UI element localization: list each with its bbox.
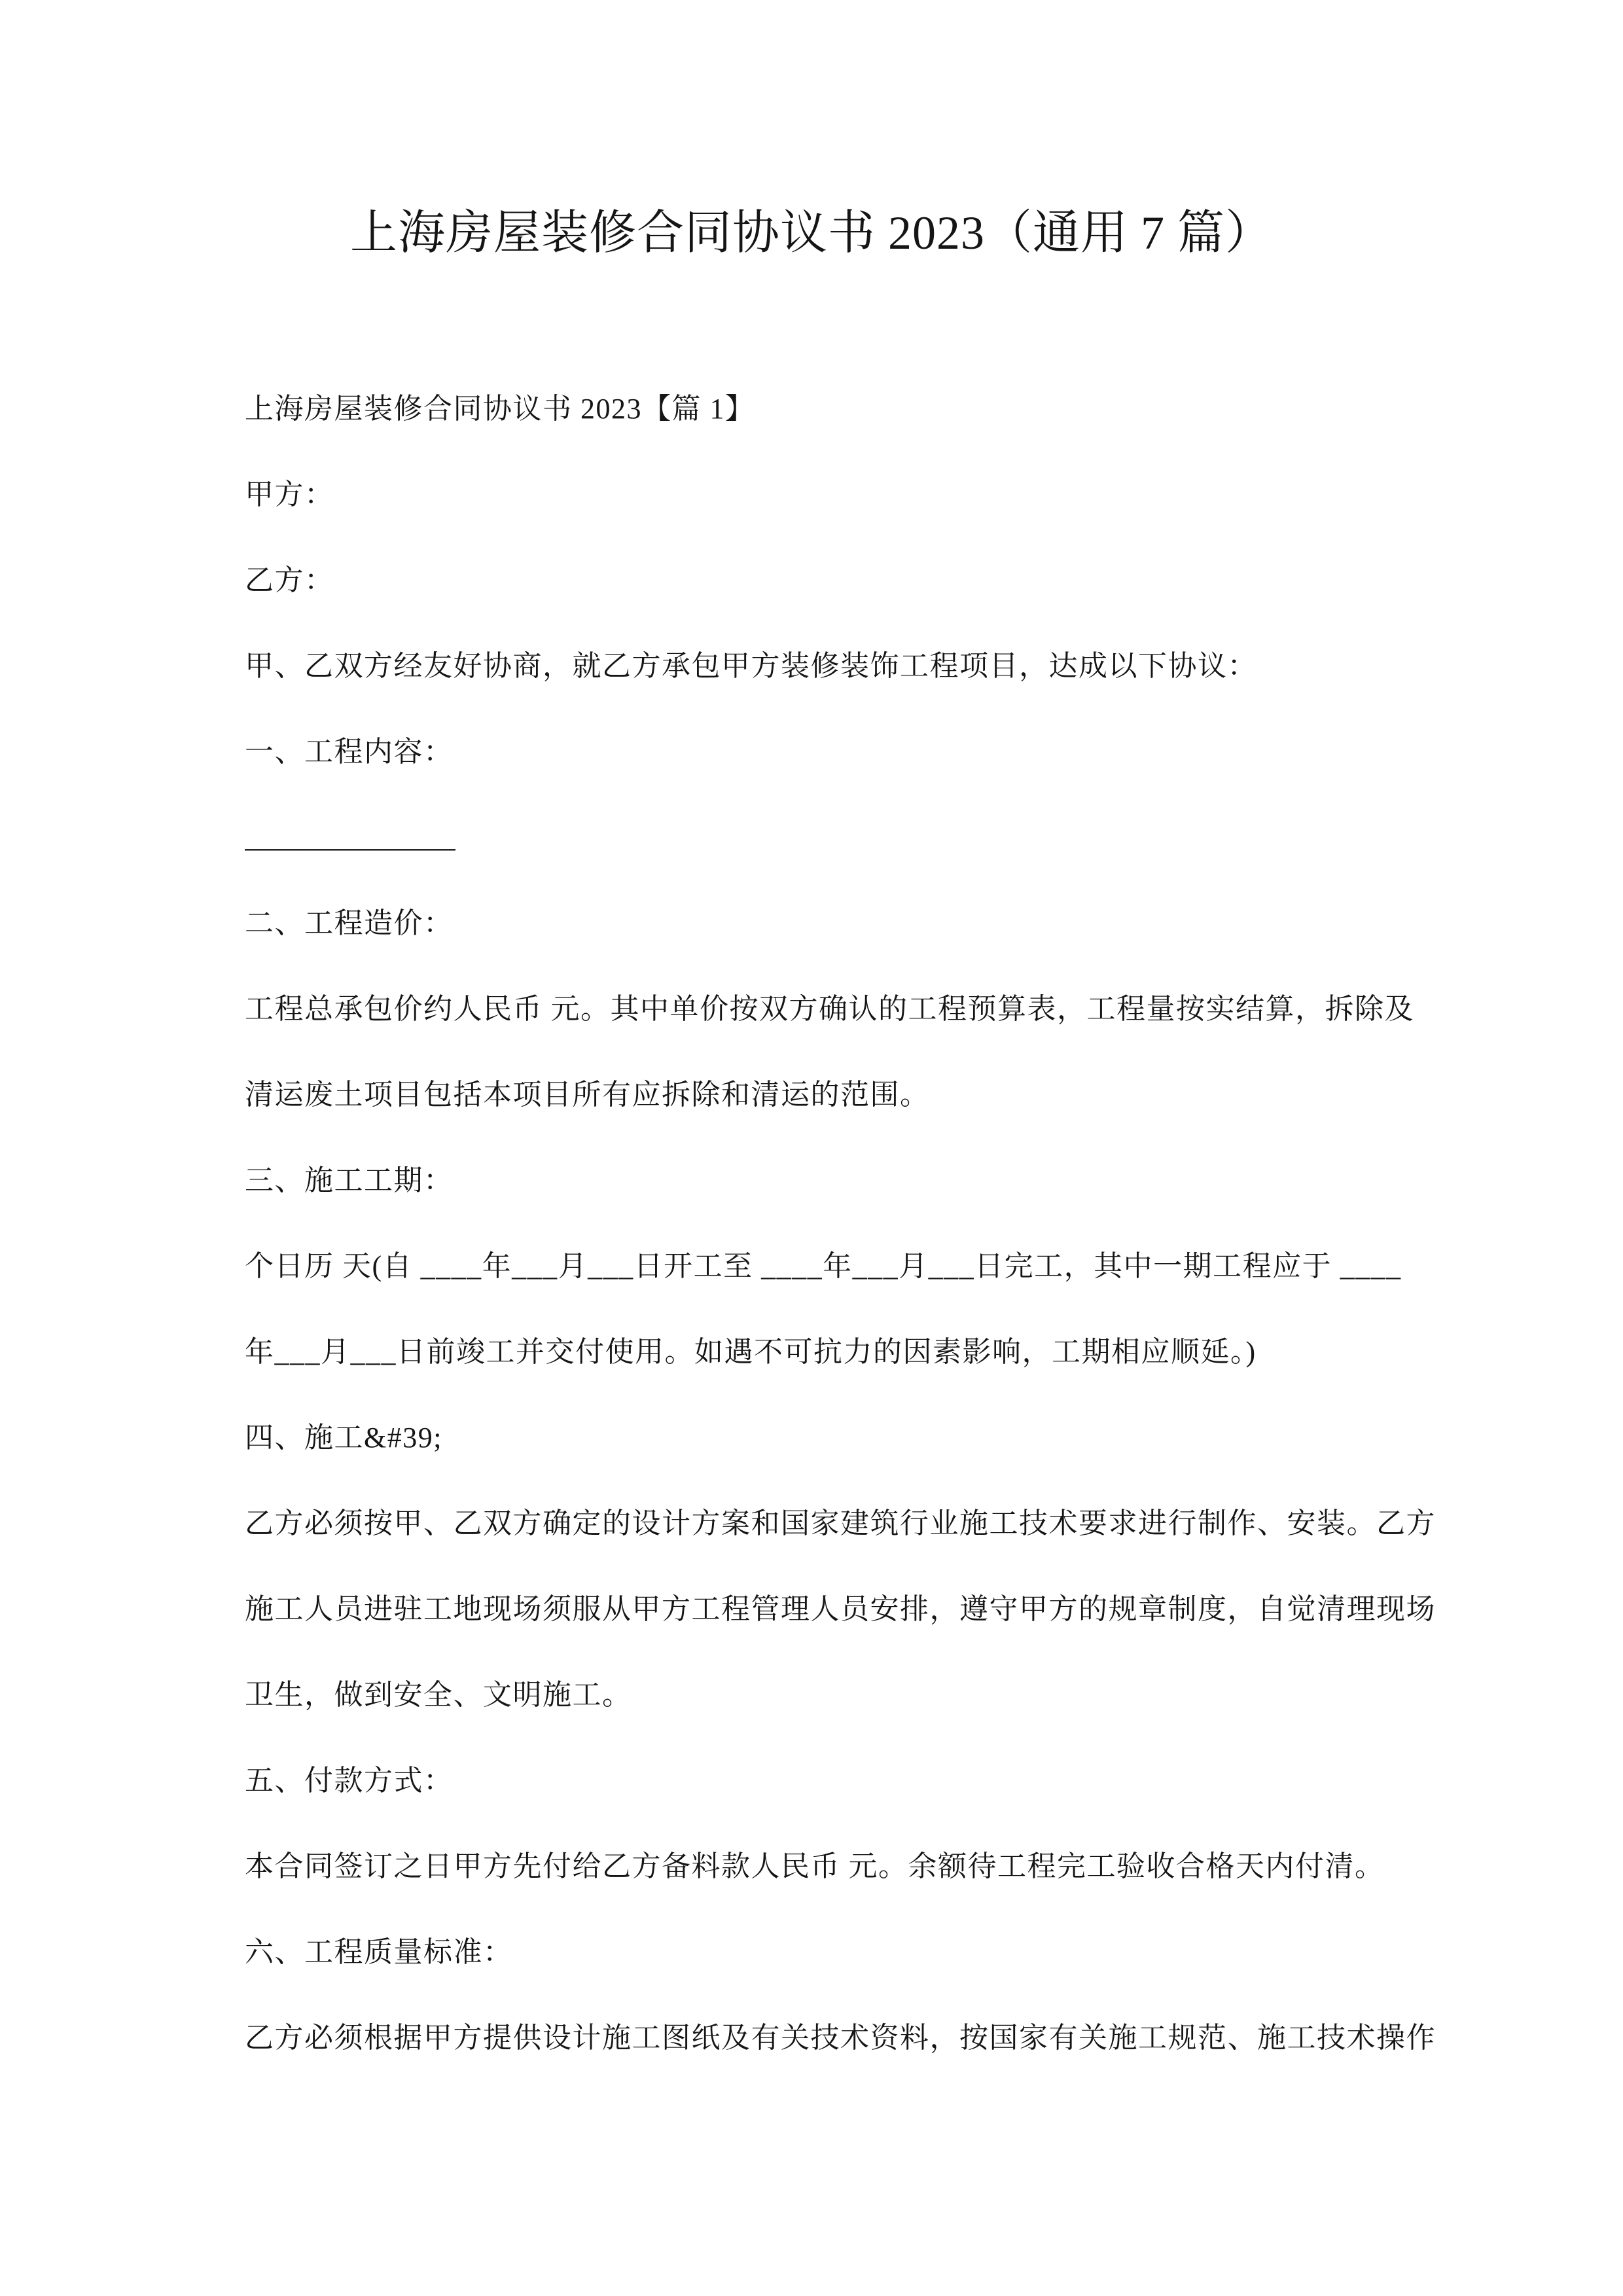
- section-3-line-2: 年___月___日前竣工并交付使用。如遇不可抗力的因素影响，工期相应顺延。): [245, 1309, 1387, 1395]
- party-a-line: 甲方：: [245, 452, 1387, 537]
- section-3-line-1: 个日历 天(自 ____年___月___日开工至 ____年___月___日完工…: [245, 1223, 1387, 1309]
- document-body: 上海房屋装修合同协议书 2023【篇 1】 甲方： 乙方： 甲、乙双方经友好协商…: [245, 366, 1387, 2081]
- section-4-heading: 四、施工&#39;: [245, 1395, 1387, 1480]
- section-4-line-1: 乙方必须按甲、乙双方确定的设计方案和国家建筑行业施工技术要求进行制作、安装。乙方: [245, 1480, 1387, 1566]
- fill-in-blank-line: ________________: [245, 795, 455, 880]
- section-6-line: 乙方必须根据甲方提供设计施工图纸及有关技术资料，按国家有关施工规范、施工技术操作: [245, 1995, 1387, 2081]
- party-b-line: 乙方：: [245, 537, 1387, 623]
- section-4-line-3: 卫生，做到安全、文明施工。: [245, 1652, 1387, 1738]
- section-5-line: 本合同签订之日甲方先付给乙方备料款人民币 元。余额待工程完工验收合格天内付清。: [245, 1823, 1387, 1909]
- fill-in-blank-row: ________________: [245, 795, 1387, 880]
- section-5-heading: 五、付款方式：: [245, 1738, 1387, 1823]
- document-title: 上海房屋装修合同协议书 2023（通用 7 篇）: [0, 196, 1623, 270]
- section-2-line-1: 工程总承包价约人民币 元。其中单价按双方确认的工程预算表，工程量按实结算，拆除及: [245, 966, 1387, 1052]
- contract-document-page: 上海房屋装修合同协议书 2023（通用 7 篇） 上海房屋装修合同协议书 202…: [0, 0, 1623, 2296]
- piece-1-heading: 上海房屋装修合同协议书 2023【篇 1】: [245, 366, 1387, 452]
- section-2-line-2: 清运废土项目包括本项目所有应拆除和清运的范围。: [245, 1052, 1387, 1138]
- preamble-line: 甲、乙双方经友好协商，就乙方承包甲方装修装饰工程项目，达成以下协议：: [245, 623, 1387, 709]
- section-2-heading: 二、工程造价：: [245, 880, 1387, 966]
- section-1-heading: 一、工程内容：: [245, 709, 1387, 795]
- section-4-line-2: 施工人员进驻工地现场须服从甲方工程管理人员安排，遵守甲方的规章制度，自觉清理现场: [245, 1566, 1387, 1652]
- section-3-heading: 三、施工工期：: [245, 1138, 1387, 1223]
- section-6-heading: 六、工程质量标准：: [245, 1909, 1387, 1995]
